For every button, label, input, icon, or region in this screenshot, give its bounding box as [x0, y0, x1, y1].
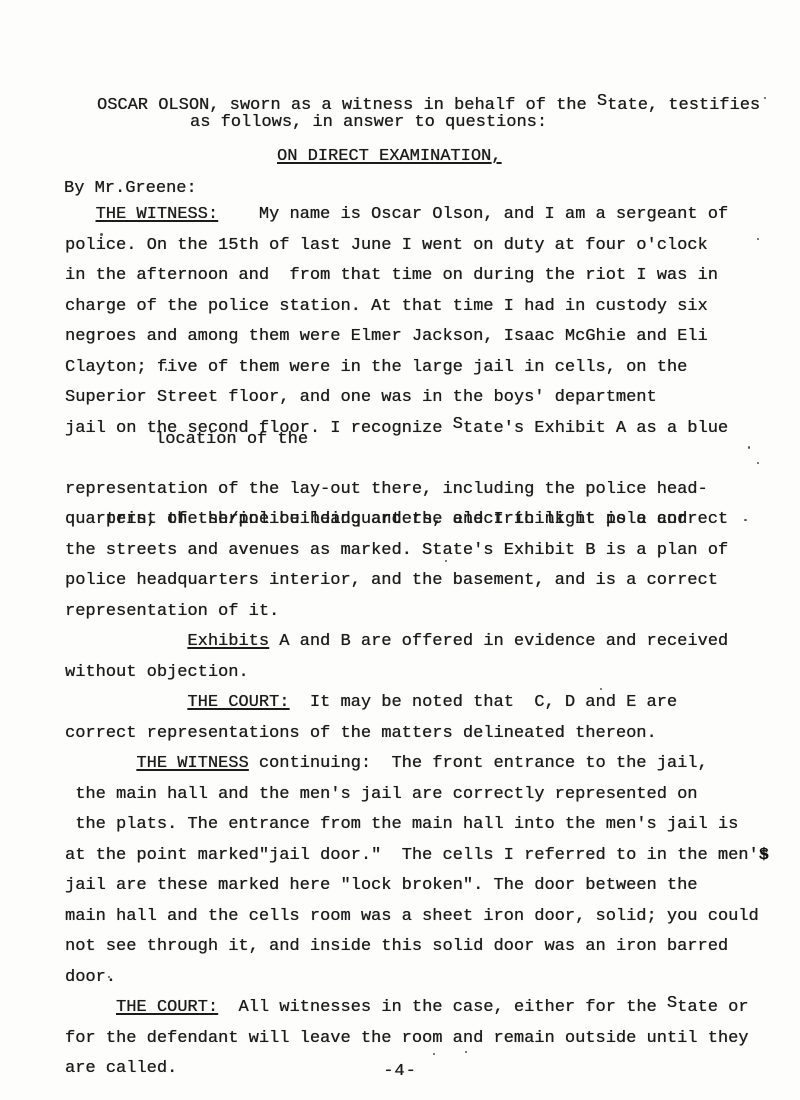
transcript-line: jail are these marked here "lock broken"… [65, 871, 790, 902]
transcript-line: main hall and the cells room was a sheet… [65, 902, 790, 933]
ink-speck [764, 97, 766, 99]
ink-speck [100, 233, 103, 236]
ink-speck [748, 446, 750, 449]
transcript-line: THE COURT: All witnesses in the case, ei… [65, 993, 790, 1024]
document-page: OSCAR OLSON, sworn as a witness in behal… [0, 0, 800, 1100]
transcript-line: at the point marked"jail door." The cell… [65, 841, 790, 872]
transcript-line: without objection. [65, 658, 790, 689]
transcript-line: charge of the police station. At that ti… [65, 292, 790, 323]
transcript-line: THE WITNESS: My name is Oscar Olson, and… [65, 200, 790, 231]
transcript-line: the main hall and the men's jail are cor… [65, 780, 790, 811]
transcript-line: the plats. The entrance from the main ha… [65, 810, 790, 841]
transcript-line: location of the print of the/police head… [65, 444, 790, 475]
ink-speck [465, 1051, 467, 1053]
oath-line-2: as follows, in answer to questions: [190, 113, 547, 133]
ink-speck [165, 368, 167, 371]
transcript-line: representation of the lay-out there, inc… [65, 475, 790, 506]
transcript-line: Exhibits A and B are offered in evidence… [65, 627, 790, 658]
ink-speck [433, 1053, 435, 1055]
transcript-line: quarters, the shrine building and the el… [65, 505, 790, 536]
transcript-line: negroes and among them were Elmer Jackso… [65, 322, 790, 353]
transcript-line: correct representations of the matters d… [65, 719, 790, 750]
ink-speck [757, 462, 759, 464]
examiner-line: By Mr.Greene: [64, 179, 197, 199]
interlined-insertion: location of the [155, 430, 308, 450]
examination-heading: ON DIRECT EXAMINATION, [277, 147, 501, 167]
transcript-line: police headquarters interior, and the ba… [65, 566, 790, 597]
ink-speck [108, 976, 110, 978]
transcript-line: representation of it. [65, 597, 790, 628]
transcript-body: THE WITNESS: My name is Oscar Olson, and… [65, 200, 790, 1085]
transcript-line: Clayton; five of them were in the large … [65, 353, 790, 384]
transcript-line: Superior Street floor, and one was in th… [65, 383, 790, 414]
transcript-line: door. [65, 963, 790, 994]
transcript-line: THE WITNESS continuing: The front entran… [65, 749, 790, 780]
transcript-line: in the afternoon and from that time on d… [65, 261, 790, 292]
transcript-line: for the defendant will leave the room an… [65, 1024, 790, 1055]
ink-speck [757, 238, 759, 240]
transcript-line: not see through it, and inside this soli… [65, 932, 790, 963]
page-number: -4- [0, 1062, 800, 1081]
transcript-line: the streets and avenues as marked. State… [65, 536, 790, 567]
ink-speck [445, 560, 447, 562]
ink-speck [600, 688, 602, 690]
ink-speck [744, 519, 747, 521]
transcript-line: police. On the 15th of last June I went … [65, 231, 790, 262]
transcript-line: THE COURT: It may be noted that C, D and… [65, 688, 790, 719]
